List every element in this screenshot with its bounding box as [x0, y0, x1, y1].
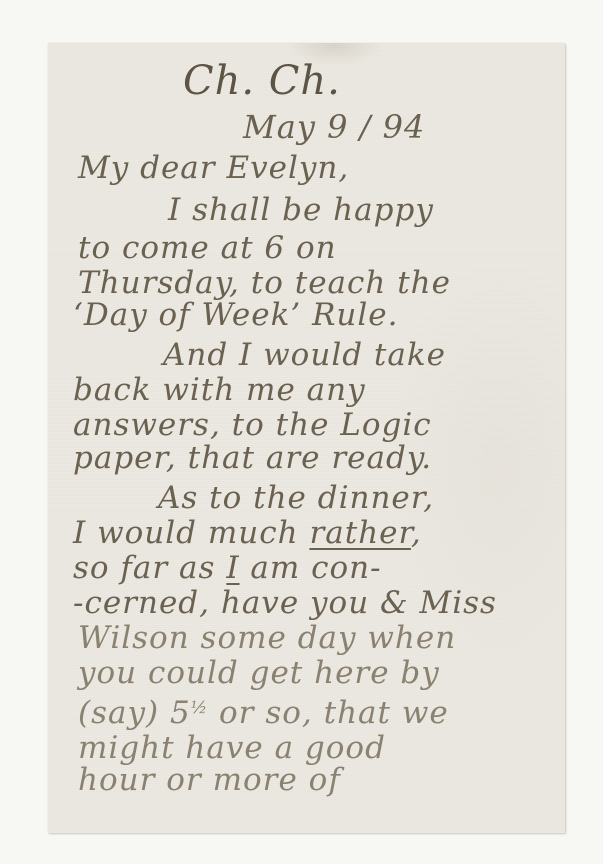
letter-line-9: As to the dinner, [158, 483, 434, 514]
letter-line-6: back with me any [73, 375, 366, 406]
letter-line-5: And I would take [163, 340, 446, 371]
letter-text: so far as [73, 550, 215, 586]
letter-text: am con- [250, 550, 381, 586]
letter-line-10: I would much rather, [73, 518, 422, 549]
letter-line-16: might have a good [78, 733, 386, 764]
letter-line-7: answers, to the Logic [73, 410, 432, 441]
letter-line-2: to come at 6 on [78, 233, 337, 264]
letter-text: , [411, 515, 422, 551]
letter-text: I would much [73, 515, 299, 551]
letter-page: Ch. Ch. May 9 / 94 My dear Evelyn, I sha… [48, 43, 565, 833]
letter-salutation: My dear Evelyn, [78, 153, 349, 184]
letter-line-12: -cerned, have you & Miss [73, 588, 497, 619]
letter-line-1: I shall be happy [168, 195, 434, 226]
letter-line-11: so far as I am con- [73, 553, 382, 584]
letter-line-4: ‘Day of Week’ Rule. [73, 300, 399, 331]
letter-line-15: (say) 5½ or so, that we [78, 698, 449, 729]
underlined-word-i: I [226, 550, 239, 586]
letter-line-14: you could get here by [78, 658, 440, 689]
letter-line-13: Wilson some day when [78, 623, 456, 654]
letter-text: or so, that we [208, 695, 449, 731]
underlined-word-rather: rather [309, 515, 410, 551]
fraction-half: ½ [191, 698, 208, 718]
letter-line-3: Thursday, to teach the [78, 268, 451, 299]
letter-line-8: paper, that are ready. [73, 443, 432, 474]
letter-date: May 9 / 94 [243, 111, 425, 143]
letter-place: Ch. Ch. [183, 61, 341, 101]
letter-line-17: hour or more of [78, 765, 341, 796]
letter-text: (say) 5 [78, 695, 191, 731]
